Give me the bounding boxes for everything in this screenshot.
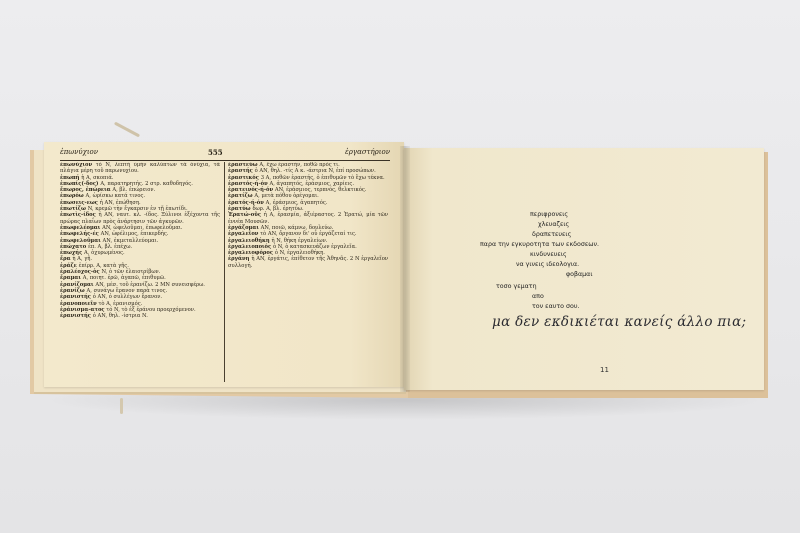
dictionary-entry: Ἐρατώ-οῦς ἡ A, ἐρασμία, ἀξιέραστος. 2 Ἐρ… xyxy=(228,212,388,225)
poem-line: παρα την εγκυροτητα των εκδοσεων. xyxy=(480,240,599,250)
left-guide-word: ἐπωνύχιον xyxy=(60,148,98,156)
entry-definition: A, μετὰ πόθου ὀρέγομαι. xyxy=(254,193,318,199)
entry-definition: A, ὠρίσκω κατά τινος. xyxy=(86,193,146,199)
entry-headword: ἐράνισμα-ατος xyxy=(60,307,106,313)
entry-definition: AN, μέσ. τοῦ ἐρανίζω. 2 MN συνεισφέρω. xyxy=(95,282,205,288)
entry-headword: ἐρανίζομαι xyxy=(60,282,95,288)
entry-definition: τὸ A, ἐρανισμός. xyxy=(99,301,143,307)
poem-line: τον εαυτο σου. xyxy=(532,302,580,312)
entry-headword: Ἐρατώ-οῦς xyxy=(228,212,264,218)
dictionary-header: ἐπωνύχιον 555 ἐργαστήριον xyxy=(60,148,390,161)
entry-headword: ἐπωφελοῦμαι xyxy=(60,238,103,244)
entry-headword: ἐπωπίς(-δος) xyxy=(60,181,100,187)
entry-headword: ἐρανιστής xyxy=(60,294,93,300)
poem-line: περιφρονεις xyxy=(530,210,568,220)
entry-headword: ἐργαλειοθήκη xyxy=(228,238,271,244)
dictionary-column-2: ἐραστεύω A, ἔχω ἐραστήν, ποθῶ πρός τι.ἐρ… xyxy=(228,162,388,380)
entry-definition: 3 A, ποθῶν ἐραστής, ὁ ἐπιθυμῶν τὸ ἔχω τέ… xyxy=(261,175,385,181)
handwritten-line: μα δεν εκδικιέται κανείς άλλο πια; xyxy=(492,314,746,330)
entry-definition: ὁ AN, θηλ. -τίς A κ. -άστρια N, ἐπί προσ… xyxy=(255,168,376,174)
entry-definition: A, ἐράσμιος, ἀγαπητός. xyxy=(266,200,328,206)
dictionary-column-1: ἐπωνύχιον τό N, λεπτὴ ὑμὴν καλύπτων τὰ ὀ… xyxy=(60,162,220,380)
entry-headword: ἐργαλεῖον xyxy=(228,231,260,237)
poem-page-number: 11 xyxy=(600,366,609,374)
column-divider xyxy=(224,162,225,382)
entry-definition: τό N, τὸ ἐξ ἐράνου προερχόμενον. xyxy=(106,307,195,313)
entry-headword: ἐπωφελής-ές xyxy=(60,231,101,237)
poem-line: απο xyxy=(532,292,544,302)
entry-headword: ἔρα xyxy=(60,256,72,262)
entry-definition: ὁ AN, θηλ. -ίστρια N. xyxy=(93,313,148,319)
entry-headword: ἐπωρόω xyxy=(60,193,86,199)
poem-line: να γινεις ιδεολογια. xyxy=(516,260,579,270)
poem-line: τοσο γεματη xyxy=(496,282,537,292)
dictionary-page-number: 555 xyxy=(208,148,223,157)
entry-definition: A, παρατηρητής. 2 στρ. καθοδηγός. xyxy=(100,181,193,187)
entry-definition: A, ποιητ. ἐρῶ, ἀγαπῶ, ἐπιθυμῶ. xyxy=(83,275,166,281)
book-gutter xyxy=(400,146,410,392)
entry-headword: ἐργαλειοποιός xyxy=(228,244,273,250)
entry-headword: ἐραστικός xyxy=(228,175,261,181)
entry-definition: τὸ AN, ὄργανον δι' οὗ ἐργάζεταί τις. xyxy=(260,231,356,237)
dictionary-entry: ἐρανιστής ὁ AN, θηλ. -ίστρια N. xyxy=(60,313,220,319)
entry-definition: ὁ N, ὁ κατασκευάζων ἐργαλεῖα. xyxy=(273,244,357,250)
right-page-poem xyxy=(404,148,764,390)
entry-headword: ἐράζε xyxy=(60,263,79,269)
entry-definition: ἡ AN, ἐπώθηση. xyxy=(100,200,141,206)
binding-string-top xyxy=(114,122,140,138)
entry-headword: ἐραστής xyxy=(228,168,255,174)
entry-headword: ἐρατός-ή-όν xyxy=(228,200,266,206)
entry-definition: AN, ὠφέλιμος, ἐπικερδής. xyxy=(101,231,169,237)
entry-definition: ἐπ. A, βλ. ἐπέχω. xyxy=(88,244,132,250)
poem-line: δραπετευεις xyxy=(532,230,571,240)
entry-headword: ἐρανοποιεῖν xyxy=(60,301,99,307)
entry-headword: ἐπωπή xyxy=(60,175,81,181)
binding-string-bottom xyxy=(120,398,123,414)
dictionary-entry: ἐπωτὶς-ίδος ἡ AN, ναυτ. κλ. -ίδος. Ξύλιν… xyxy=(60,212,220,225)
entry-headword: ἐπωτὶς-ίδος xyxy=(60,212,99,218)
entry-definition: ἡ A, γῆ. xyxy=(72,256,92,262)
photo-scene: ἐπωνύχιον 555 ἐργαστήριον ἐπωνύχιον τό N… xyxy=(0,0,800,533)
entry-definition: AN, ἐκμεταλλεύομαι. xyxy=(103,238,159,244)
poem-line: φοβαμαι xyxy=(566,270,592,280)
entry-definition: ἡ N, θήκη ἐργαλείων. xyxy=(271,238,327,244)
dictionary-entry: ἐργάνη ἡ AN, ἐργάτις, ἐπίθετον τῆς Ἀθηνᾶ… xyxy=(228,256,388,269)
dictionary-entry: ἐπωνύχιον τό N, λεπτὴ ὑμὴν καλύπτων τὰ ὀ… xyxy=(60,162,220,175)
entry-headword: ἐργάνη xyxy=(228,256,251,262)
entry-definition: A, ἀγαπητός, ἐράσμιος, χαρίεις. xyxy=(269,181,353,187)
entry-headword: ἐραστός-ή-όν xyxy=(228,181,269,187)
entry-headword: ἐρατίζω xyxy=(228,193,254,199)
entry-definition: ἐπίρρ. A, κατὰ γῆς. xyxy=(79,263,129,269)
right-guide-word: ἐργαστήριον xyxy=(345,148,390,156)
entry-headword: ἐπώχατο xyxy=(60,244,88,250)
entry-definition: ἡ AN, ἐργάτις, ἐπίθετον τῆς Ἀθηνᾶς. 2 N … xyxy=(228,256,388,268)
poem-line: χλευαζεις xyxy=(538,220,569,230)
entry-headword: ἐπωσεις-εως xyxy=(60,200,100,206)
entry-headword: ἔραμαι xyxy=(60,275,83,281)
entry-definition: ἡ A, σκοπιά. xyxy=(81,175,113,181)
entry-definition: ὁ AN, ὁ συλλέγων ἔρανον. xyxy=(93,294,162,300)
entry-headword: ἐρανιστής xyxy=(60,313,93,319)
poem-line: κινδυνευεις xyxy=(530,250,567,260)
